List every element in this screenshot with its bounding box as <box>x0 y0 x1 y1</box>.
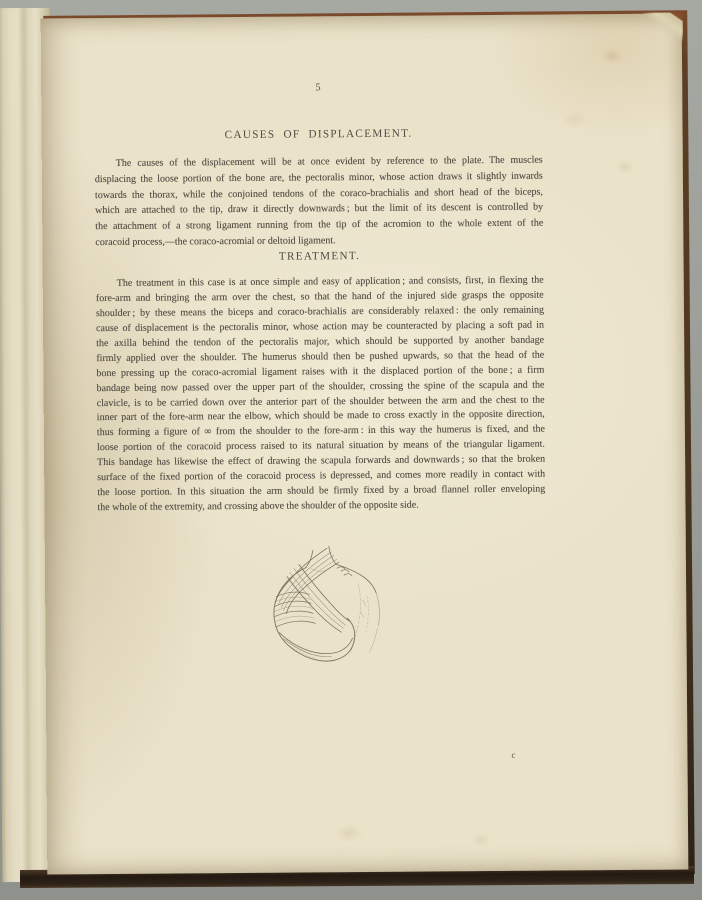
foxing-spot <box>601 48 623 64</box>
section-heading-causes: CAUSES OF DISPLACEMENT. <box>95 127 543 143</box>
foxing-spot <box>616 160 634 174</box>
section-heading-treatment: TREATMENT. <box>95 249 543 265</box>
foxing-spot <box>561 110 587 128</box>
text-line: the whole of the extremity, and crossing… <box>97 498 545 516</box>
book-scan: { "document": { "page_number": "5", "sig… <box>0 0 702 900</box>
page-number: 5 <box>94 81 542 96</box>
engraving-svg <box>263 538 394 677</box>
foxing-spot <box>335 824 363 842</box>
foxing-spot <box>471 833 491 847</box>
signature-mark: c <box>511 750 515 760</box>
paragraph-causes: The causes of the displacement will be a… <box>95 153 544 251</box>
scanned-page: 5 CAUSES OF DISPLACEMENT. The causes of … <box>41 13 689 874</box>
paragraph-treatment: The treatment in this case is at once si… <box>96 274 546 517</box>
text-line: coracoid process,—the coraco-acromial or… <box>95 232 543 251</box>
bandaged-shoulder-engraving <box>263 538 394 677</box>
worn-corner <box>643 12 683 42</box>
